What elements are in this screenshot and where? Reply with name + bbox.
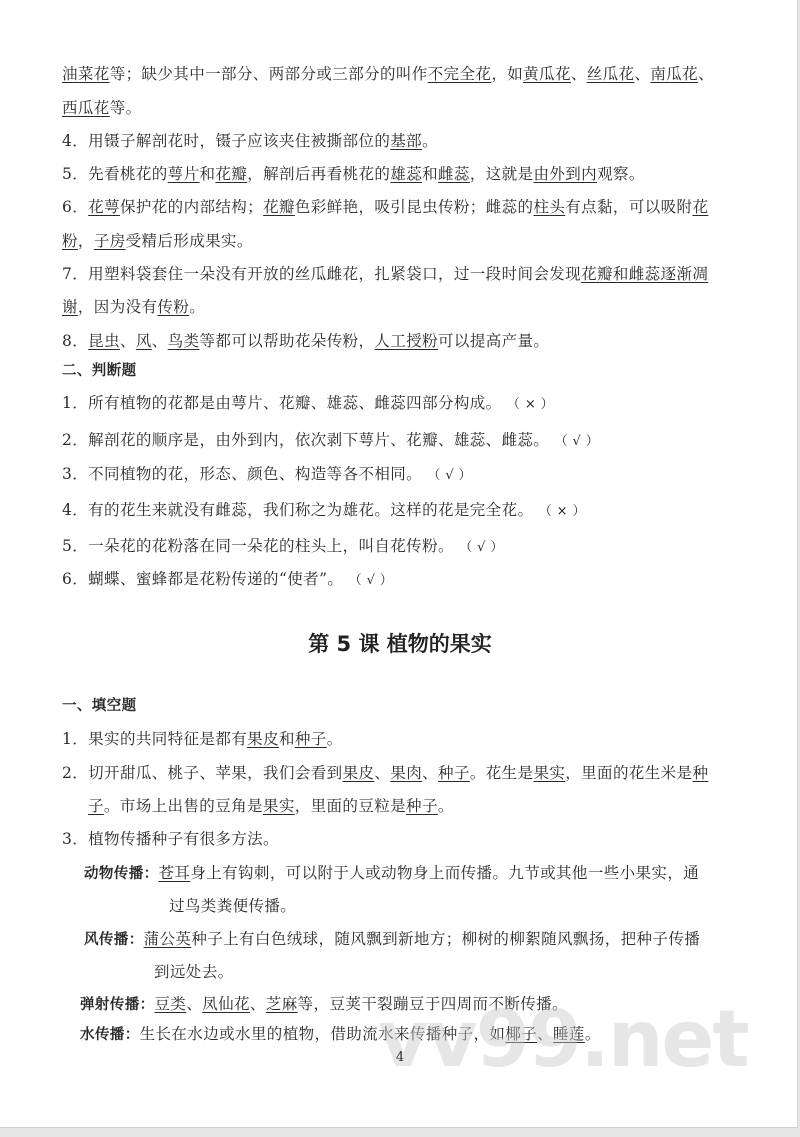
text-segment: 和 <box>422 165 438 183</box>
judge-text: 6．蝴蝶、蜜蜂都是花粉传递的“使者”。 <box>62 570 343 588</box>
text-segment: ，里面的花生米是 <box>565 764 692 782</box>
text-segment: 、 <box>186 995 202 1013</box>
answer-blank: 柱头 <box>533 198 565 216</box>
item3-cont-line1: 油菜花等；缺少其中一部分、两部分或三部分的叫作不完全花，如黄瓜花、丝瓜花、南瓜花… <box>62 64 714 84</box>
judge-item-1: 1．所有植物的花都是由萼片、花瓣、雄蕊、雌蕊四部分构成。 （ × ） <box>62 393 554 415</box>
text-segment: 、 <box>152 332 168 350</box>
lesson-title: 第 5 课 植物的果实 <box>0 628 800 658</box>
eject-text: 豆类、凤仙花、芝麻等，豆荚干裂蹦豆于四周而不断传播。 <box>155 995 568 1013</box>
answer-blank: 丝瓜花 <box>587 65 635 83</box>
wind-label: 风传播： <box>84 932 144 948</box>
text-segment: 8． <box>62 332 88 350</box>
answer-blank: 花 <box>692 198 708 216</box>
fill-item-7-line2: 谢，因为没有传粉。 <box>62 297 205 317</box>
judge-item-6: 6．蝴蝶、蜜蜂都是花粉传递的“使者”。 （ √ ） <box>62 569 393 591</box>
judge-item-2: 2．解剖花的顺序是，由外到内，依次剥下萼片、花瓣、雄蕊、雌蕊。 （ √ ） <box>62 430 599 452</box>
answer-blank: 花瓣和雌蕊逐渐凋 <box>581 265 708 283</box>
text-segment: 保护花的内部结构； <box>120 198 263 216</box>
text-segment: 等；缺少其中一部分、两部分或三部分的叫作 <box>110 65 428 83</box>
text-segment: 色彩鲜艳，吸引昆虫传粉；雌蕊的 <box>295 198 534 216</box>
fill-item-7-line1: 7．用塑料袋套住一朵没有开放的丝瓜雌花，扎紧袋口，过一段时间会发现花瓣和雌蕊逐渐… <box>62 264 708 284</box>
text-segment: 、 <box>374 764 390 782</box>
answer-blank: 种子 <box>406 797 438 815</box>
judge-answer: （ √ ） <box>427 468 472 483</box>
text-segment: ，因为没有 <box>78 298 158 316</box>
text-segment: 。 <box>189 298 205 316</box>
answer-blank: 椰子 <box>505 1025 537 1043</box>
item3-cont-line2: 西瓜花等。 <box>62 98 142 118</box>
text-segment: 。花生是 <box>470 764 534 782</box>
lesson5-q1: 1．果实的共同特征是都有果皮和种子。 <box>62 729 343 749</box>
lesson5-q3: 3．植物传播种子有很多方法。 <box>62 829 279 849</box>
judge-answer: （ √ ） <box>555 434 600 449</box>
fill-item-5: 5．先看桃花的萼片和花瓣，解剖后再看桃花的雄蕊和雌蕊，这就是由外到内观察。 <box>62 164 645 184</box>
fill-item-6-line1: 6．花萼保护花的内部结构；花瓣色彩鲜艳，吸引昆虫传粉；雌蕊的柱头有点黏，可以吸附… <box>62 197 708 217</box>
answer-blank: 粉 <box>62 232 78 250</box>
text-segment: 。 <box>327 730 343 748</box>
water-text: 生长在水边或水里的植物，借助流水来传播种子，如椰子、睡莲。 <box>140 1025 601 1043</box>
judge-text: 4．有的花生来就没有雌蕊，我们称之为雄花。这样的花是完全花。 <box>62 501 533 519</box>
text-segment: 可以提高产量。 <box>438 332 549 350</box>
judge-answer: （ × ） <box>507 397 554 412</box>
text-segment: 、 <box>250 995 266 1013</box>
animal-dispersal-line2: 过鸟类粪便传播。 <box>169 896 296 916</box>
answer-blank: 凤仙花 <box>202 995 250 1013</box>
text-segment: 、 <box>537 1025 553 1043</box>
text-segment: 2．切开甜瓜、桃子、苹果，我们会看到 <box>62 764 343 782</box>
text-segment: 生长在水边或水里的植物，借助流水来传播种子，如 <box>140 1025 506 1043</box>
answer-blank: 豆类 <box>155 995 187 1013</box>
text-segment: 观察。 <box>597 165 645 183</box>
text-segment: 、 <box>698 65 714 83</box>
text-segment: 等都可以帮助花朵传粉， <box>200 332 375 350</box>
document-page: 油菜花等；缺少其中一部分、两部分或三部分的叫作不完全花，如黄瓜花、丝瓜花、南瓜花… <box>0 0 798 1128</box>
text-segment: 。 <box>438 797 454 815</box>
judge-answer: （ √ ） <box>459 540 504 555</box>
text-segment: 1．果实的共同特征是都有 <box>62 730 247 748</box>
judge-text: 2．解剖花的顺序是，由外到内，依次剥下萼片、花瓣、雄蕊、雌蕊。 <box>62 431 549 449</box>
text-segment: 有点黏，可以吸附 <box>565 198 692 216</box>
answer-blank: 果肉 <box>390 764 422 782</box>
judge-text: 5．一朵花的花粉落在同一朵花的柱头上，叫自花传粉。 <box>62 537 454 555</box>
answer-blank: 花瓣 <box>263 198 295 216</box>
answer-blank: 黄瓜花 <box>523 65 571 83</box>
answer-blank: 子 <box>88 797 104 815</box>
judge-text: 3．不同植物的花，形态、颜色、构造等各不相同。 <box>62 465 422 483</box>
answer-blank: 雌蕊 <box>438 165 470 183</box>
answer-blank: 由外到内 <box>533 165 597 183</box>
text-segment: ， <box>78 232 94 250</box>
wind-dispersal-line1: 风传播：蒲公英种子上有白色绒球，随风飘到新地方；柳树的柳絮随风飘扬，把种子传播 <box>84 929 700 950</box>
answer-blank: 果皮 <box>247 730 279 748</box>
text-segment: ，解剖后再看桃花的 <box>247 165 390 183</box>
judge-text: 1．所有植物的花都是由萼片、花瓣、雄蕊、雌蕊四部分构成。 <box>62 394 502 412</box>
text-segment: 、 <box>422 764 438 782</box>
page-number: 4 <box>0 1050 800 1065</box>
fill-item-6-line2: 粉，子房受精后形成果实。 <box>62 231 253 251</box>
answer-blank: 芝麻 <box>266 995 298 1013</box>
text-segment: ，这就是 <box>470 165 534 183</box>
text-segment: 5．先看桃花的 <box>62 165 168 183</box>
answer-blank: 花瓣 <box>215 165 247 183</box>
answer-blank: 油菜花 <box>62 65 110 83</box>
text-segment: 和 <box>199 165 215 183</box>
answer-blank: 人工授粉 <box>374 332 438 350</box>
wind-dispersal-line2: 到远处去。 <box>154 962 234 982</box>
answer-blank: 风 <box>136 332 152 350</box>
answer-blank: 果皮 <box>343 764 375 782</box>
text-segment: 等，豆荚干裂蹦豆于四周而不断传播。 <box>298 995 568 1013</box>
answer-blank: 传粉 <box>157 298 189 316</box>
judge-item-4: 4．有的花生来就没有雌蕊，我们称之为雄花。这样的花是完全花。 （ × ） <box>62 500 586 522</box>
text-segment: 等。 <box>110 99 142 117</box>
text-segment: 。 <box>422 132 438 150</box>
answer-blank: 鸟类 <box>168 332 200 350</box>
answer-blank: 花萼 <box>88 198 120 216</box>
animal-label: 动物传播： <box>84 866 159 882</box>
answer-blank: 昆虫 <box>88 332 120 350</box>
text-segment: 6． <box>62 198 88 216</box>
answer-blank: 睡莲 <box>553 1025 585 1043</box>
eject-dispersal-line: 弹射传播：豆类、凤仙花、芝麻等，豆荚干裂蹦豆于四周而不断传播。 <box>80 994 568 1015</box>
judge-item-5: 5．一朵花的花粉落在同一朵花的柱头上，叫自花传粉。 （ √ ） <box>62 536 504 558</box>
answer-blank: 蒲公英 <box>144 930 192 948</box>
answer-blank: 萼片 <box>168 165 200 183</box>
animal-text: 苍耳身上有钩刺，可以附于人或动物身上而传播。九节或其他一些小果实，通 <box>159 864 700 882</box>
judge-item-3: 3．不同植物的花，形态、颜色、构造等各不相同。 （ √ ） <box>62 464 472 486</box>
judge-answer: （ × ） <box>539 504 586 519</box>
text-segment: ，里面的豆粒是 <box>295 797 406 815</box>
text-segment: 种子上有白色绒球，随风飘到新地方；柳树的柳絮随风飘扬，把种子传播 <box>191 930 700 948</box>
answer-blank: 雄蕊 <box>390 165 422 183</box>
fill-item-4: 4．用镊子解剖花时，镊子应该夹住被撕部位的基部。 <box>62 131 438 151</box>
lesson5-q2-line2: 子。市场上出售的豆角是果实，里面的豆粒是种子。 <box>88 796 454 816</box>
text-segment: 。 <box>585 1025 601 1043</box>
judge-heading: 二、判断题 <box>62 361 137 381</box>
text-segment: 、 <box>571 65 587 83</box>
text-segment: 。市场上出售的豆角是 <box>104 797 263 815</box>
text-segment: ，如 <box>491 65 523 83</box>
answer-blank: 不完全花 <box>428 65 492 83</box>
answer-blank: 南瓜花 <box>650 65 698 83</box>
text-segment: 、 <box>120 332 136 350</box>
answer-blank: 谢 <box>62 298 78 316</box>
eject-label: 弹射传播： <box>80 997 155 1013</box>
fill-heading: 一、填空题 <box>62 696 137 716</box>
water-dispersal-line: 水传播：生长在水边或水里的植物，借助流水来传播种子，如椰子、睡莲。 <box>80 1024 601 1045</box>
answer-blank: 种子 <box>438 764 470 782</box>
answer-blank: 种子 <box>295 730 327 748</box>
fill-item-8: 8．昆虫、风、鸟类等都可以帮助花朵传粉，人工授粉可以提高产量。 <box>62 331 549 351</box>
text-segment: 、 <box>634 65 650 83</box>
animal-dispersal-line1: 动物传播：苍耳身上有钩刺，可以附于人或动物身上而传播。九节或其他一些小果实，通 <box>84 863 699 884</box>
answer-blank: 果实 <box>263 797 295 815</box>
text-segment: 4．用镊子解剖花时，镊子应该夹住被撕部位的 <box>62 132 390 150</box>
judge-answer: （ √ ） <box>349 573 394 588</box>
answer-blank: 子房 <box>94 232 126 250</box>
text-segment: 7．用塑料袋套住一朵没有开放的丝瓜雌花，扎紧袋口，过一段时间会发现 <box>62 265 581 283</box>
water-label: 水传播： <box>80 1027 140 1043</box>
answer-blank: 西瓜花 <box>62 99 110 117</box>
wind-text: 蒲公英种子上有白色绒球，随风飘到新地方；柳树的柳絮随风飘扬，把种子传播 <box>144 930 701 948</box>
answer-blank: 基部 <box>390 132 422 150</box>
answer-blank: 种 <box>692 764 708 782</box>
lesson5-q2-line1: 2．切开甜瓜、桃子、苹果，我们会看到果皮、果肉、种子。花生是果实，里面的花生米是… <box>62 763 708 783</box>
answer-blank: 苍耳 <box>159 864 191 882</box>
text-segment: 和 <box>279 730 295 748</box>
text-segment: 身上有钩刺，可以附于人或动物身上而传播。九节或其他一些小果实，通 <box>190 864 699 882</box>
text-segment: 受精后形成果实。 <box>126 232 253 250</box>
answer-blank: 果实 <box>533 764 565 782</box>
